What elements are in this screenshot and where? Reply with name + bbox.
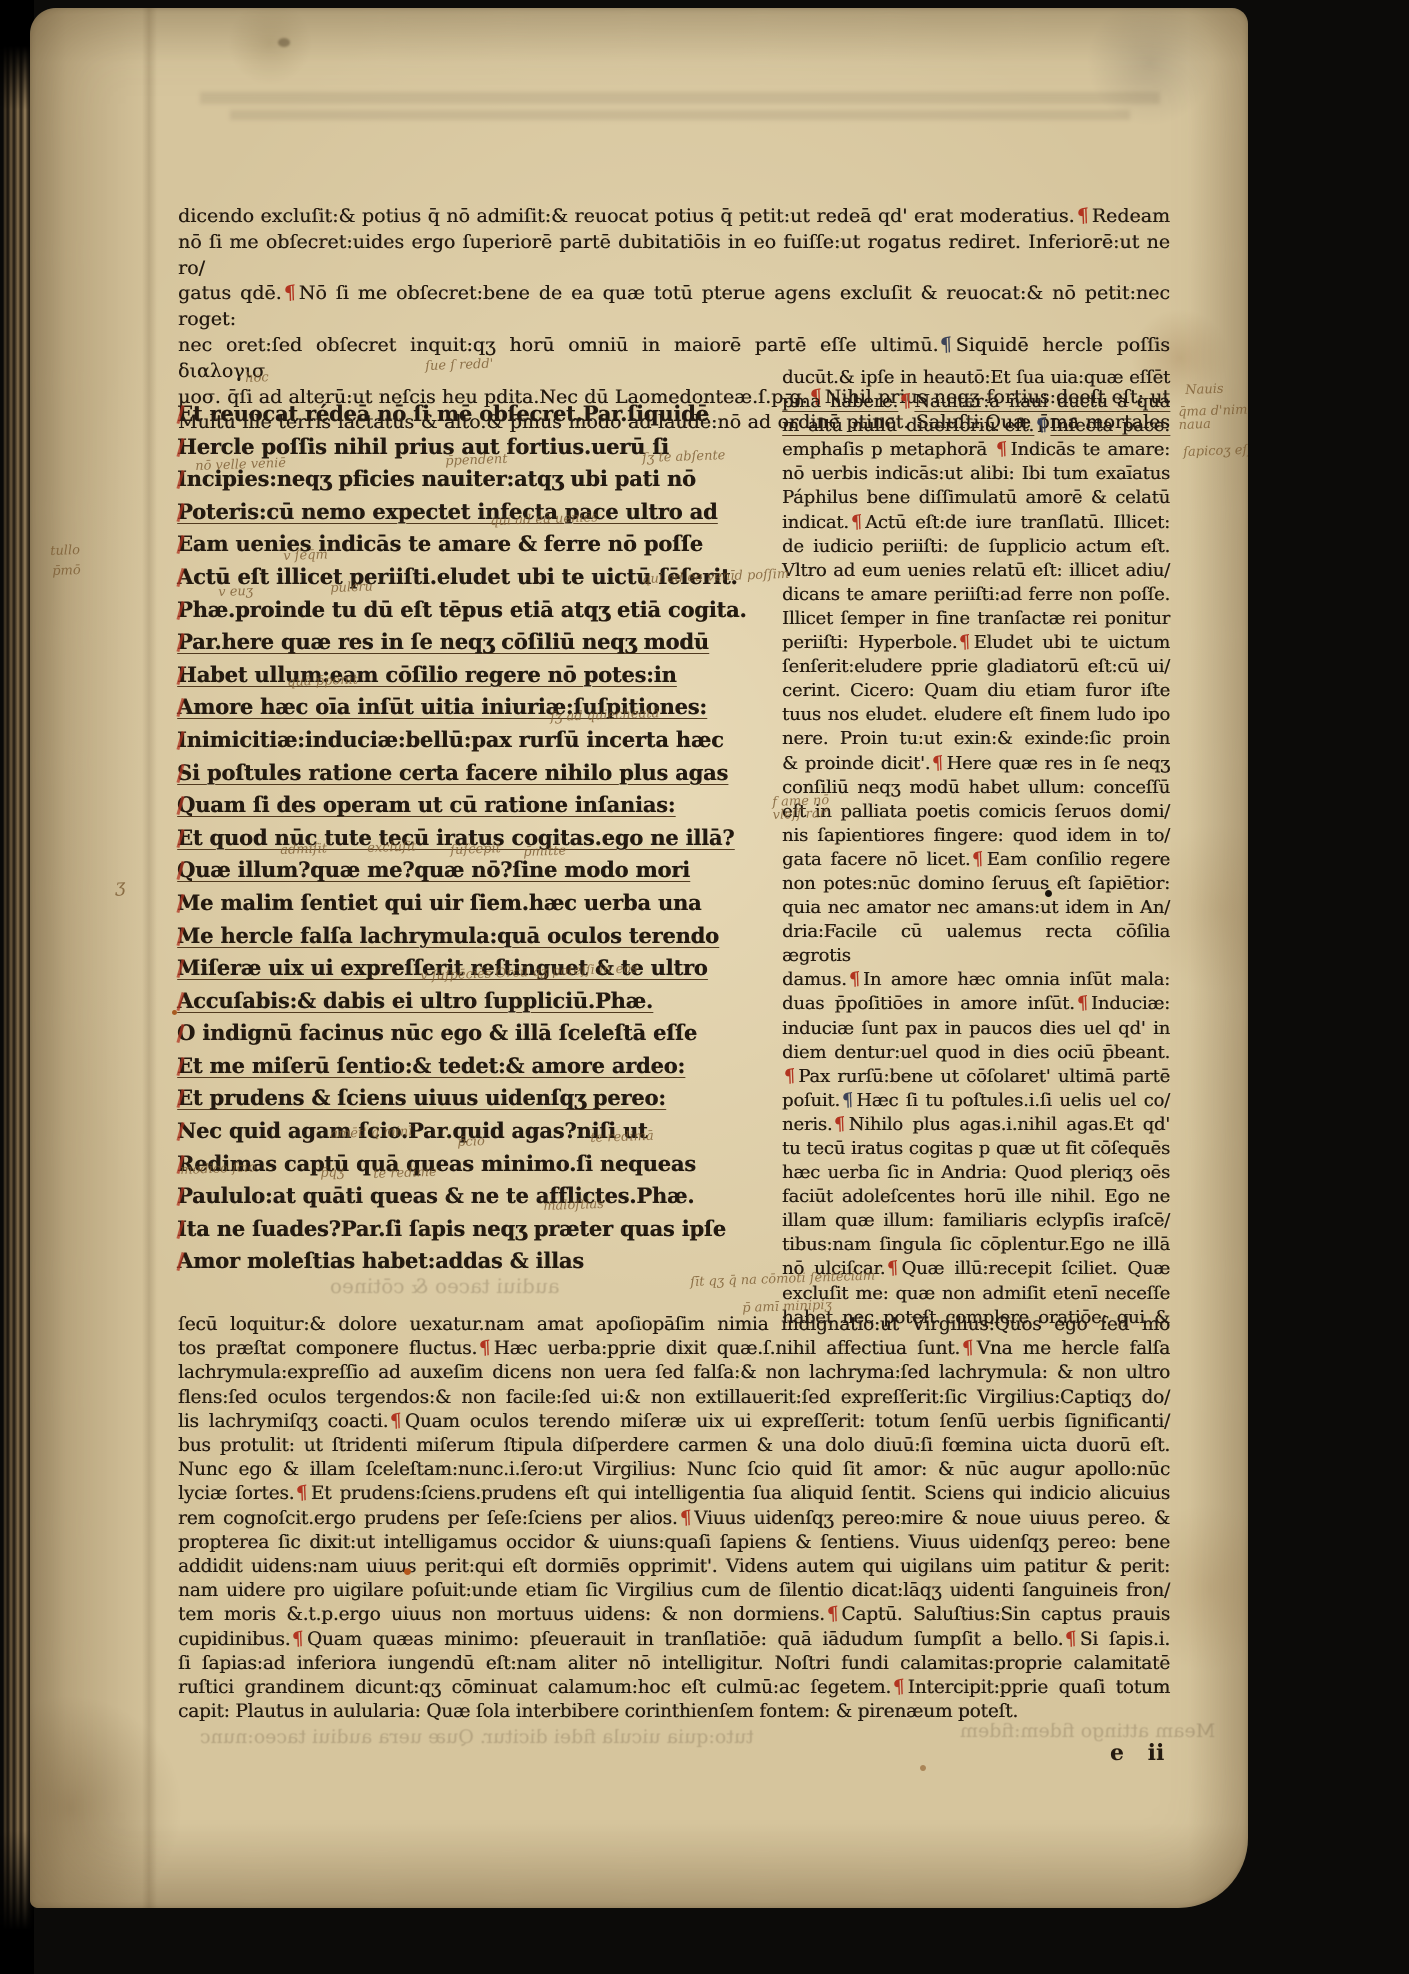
text-line: Me malim ſentiet qui uir ſiem.hæc uerba …: [177, 887, 793, 920]
handwritten-gloss: maloſtias: [543, 1198, 604, 1213]
showthrough-text: audiui taceo & cōtineo: [330, 1274, 560, 1298]
commentary-side-block: ducūt.& ipſe in heautō:Et ſua uia:quæ eſ…: [782, 366, 1170, 1330]
text-line: Vltro ad eum uenies relatū eſt: illicet …: [782, 559, 1170, 583]
text-line: induciæ ſunt pax in paucos dies uel qd' …: [782, 1017, 1170, 1041]
handwritten-gloss: f ame nō vleſſ rar': [772, 793, 845, 821]
text-line: O indignū facinus nūc ego & illā ſceleſt…: [177, 1017, 793, 1050]
paragraph-mark: ¶: [479, 1336, 491, 1362]
text-line: gatus qdē.¶Nō ſi me obſecret:bene de ea …: [178, 281, 1170, 333]
text-line: diem dentur:uel quod in dies ociū p̄bean…: [782, 1041, 1170, 1065]
text-line: lyciæ ſortes.¶Et prudens:ſciens.prudens …: [178, 1482, 1170, 1506]
text-line: ſi ſapias:ad inferiora iungendū eſt:nam …: [178, 1652, 1170, 1676]
handwritten-gloss: ſapicoʒ eſſe: [1183, 443, 1248, 459]
paragraph-mark: ¶: [850, 509, 862, 535]
showthrough-bar: [230, 110, 1130, 120]
paragraph-mark: ¶: [1076, 991, 1088, 1017]
paragraph-mark: ¶: [959, 630, 971, 656]
paragraph-mark: ¶: [283, 280, 296, 308]
text-line: periiſti: Hyperbole.¶Eludet ubi te uictu…: [782, 631, 1170, 655]
text-line: tuus nos eludet. eludere eſt finem ludo …: [782, 703, 1170, 727]
text-line: illam quæ illum: familiaris eclypſis ira…: [782, 1209, 1170, 1233]
paragraph-mark: ¶: [940, 332, 953, 360]
paragraph-mark: ¶: [893, 1675, 905, 1701]
showthrough-bar: [200, 92, 1160, 104]
text-line: cupidinibus.¶Quam quæas minimo: pſeuerau…: [178, 1628, 1170, 1652]
text-line: p̄ma habere.¶Nauiter:a naui ductū a qua: [782, 390, 1170, 414]
paragraph-mark: ¶: [292, 1627, 304, 1653]
paragraph-mark: ¶: [996, 437, 1008, 463]
text-line: quia nec amator nec amans:ut idem in An/: [782, 896, 1170, 920]
paragraph-mark: ¶: [826, 1602, 838, 1628]
handwritten-gloss: ſʒ te abſente: [642, 449, 726, 465]
handwritten-gloss: amēt' q̄ minī: [330, 1125, 413, 1141]
text-line: Habet ullum:eam cōſilio regere nō potes:…: [177, 659, 793, 692]
handwritten-gloss: qui ad eā ueniēs: [490, 511, 598, 528]
text-line: gata facere nō licet.¶Eam conſilio reger…: [782, 848, 1170, 872]
handwritten-gloss: te redime: [373, 1166, 437, 1181]
text-line: Illicet ſemper in fine tranſactæ rei pon…: [782, 607, 1170, 631]
handwritten-gloss: hoc: [245, 371, 269, 385]
handwritten-gloss: ſuſcepit: [450, 842, 501, 857]
handwritten-gloss: modico ſcio: [180, 1161, 256, 1177]
text-line: Si poſtules ratione certa facere nihilo …: [177, 757, 793, 790]
text-line: Paululo:at quāti queas & ne te afflictes…: [177, 1180, 793, 1213]
text-line: flens:ſed oculos tergendos:& non facile:…: [178, 1386, 1170, 1410]
handwritten-gloss: nō velle veniē: [195, 457, 286, 473]
ink-speck: [404, 1568, 411, 1575]
text-line: non potes:nūc domino ſeruus eſt ſapiētio…: [782, 872, 1170, 896]
text-line: nis ſapientiores fingere: quod idem in t…: [782, 824, 1170, 848]
text-line: Amore hæc oīa inſūt uitia iniuriæ:ſuſpit…: [177, 691, 793, 724]
handwritten-gloss: quā p̄ponit: [287, 674, 358, 689]
text-line: duas p̄poſitiōes in amore inſūt.¶Induciæ…: [782, 992, 1170, 1016]
handwritten-gloss: p̄mō: [52, 564, 81, 578]
text-line: Et me miſerū ſentio:& tedet:& amore arde…: [177, 1050, 793, 1083]
text-line: bus protulit: ut ſtridenti miſerum ſtipu…: [178, 1434, 1170, 1458]
paragraph-mark: ¶: [1076, 203, 1089, 231]
handwritten-gloss: p̄pendent: [445, 453, 508, 468]
text-line: lachrymula:expreſſio ad auxeſim dicens n…: [178, 1361, 1170, 1385]
paragraph-mark: ¶: [900, 389, 912, 415]
paragraph-mark: ¶: [1036, 413, 1048, 439]
text-line: ¶Pax rurſū:bene ut cōſolaret' ultimā par…: [782, 1065, 1170, 1089]
text-line: tos præſtat componere fluctus.¶Hæc uerba…: [178, 1337, 1170, 1361]
text-line: ducūt.& ipſe in heautō:Et ſua uia:quæ eſ…: [782, 366, 1170, 390]
showthrough-text: tuto:quia uicula fidei dicitur. Quæ uera…: [200, 1726, 754, 1748]
paragraph-mark: ¶: [834, 1112, 846, 1138]
photo-of-incunable-page: { "colors":{"paper":"#d6c59d","ink":"#24…: [0, 0, 1409, 1974]
paragraph-mark: ¶: [848, 967, 860, 993]
text-line: Et prudens & ſciens uiuus uidenſqʒ pereo…: [177, 1082, 793, 1115]
text-line: nere. Proin tu:ut exin:& exinde:ſic proi…: [782, 727, 1170, 751]
text-line: Phæ.proinde tu dū eſt tēpus etiā atqʒ et…: [177, 594, 793, 627]
text-line: nō ſi me obſecret:uides ergo ſuperiorē p…: [178, 230, 1170, 282]
paragraph-mark: ¶: [972, 847, 984, 873]
handwritten-gloss: ʒ: [115, 880, 126, 893]
text-line: Inimicitiæ:induciæ:bellū:pax rurſū incer…: [177, 724, 793, 757]
paragraph-mark: ¶: [962, 1336, 974, 1362]
handwritten-gloss: pulcru: [330, 581, 373, 595]
commentary-bottom-block: ſecū loquitur:& dolore uexatur.nam amat …: [178, 1313, 1170, 1724]
text-line: Ita ne ſuades?Par.ſi ſapis neqʒ præter q…: [177, 1213, 793, 1246]
text-line: tu tecū iratus cogitas p quæ ut fit cōſe…: [782, 1137, 1170, 1161]
text-line: Nunc ego & illam ſceleſtam:nunc.i.ſero:u…: [178, 1458, 1170, 1482]
text-line: lis lachrymiſqʒ coacti.¶Quam oculos tere…: [178, 1410, 1170, 1434]
book-page: dicendo excluſit:& potius q̄ nō admiſit:…: [30, 8, 1248, 1908]
handwritten-gloss: p̄mitte: [523, 845, 566, 859]
text-line: Accuſabis:& dabis ei ultro ſuppliciū.Phæ…: [177, 985, 793, 1018]
handwritten-gloss: q̄ma d'nimi oʒ naua: [1178, 403, 1248, 432]
text-line: ſecū loquitur:& dolore uexatur.nam amat …: [178, 1313, 1170, 1337]
text-line: Me hercle falſa lachrymula:quā oculos te…: [177, 920, 793, 953]
text-line: Quæ illum?quæ me?quæ nō?ſine modo mori: [177, 854, 793, 887]
stain: [278, 38, 290, 47]
text-line: ſenſerit:eludere pprie gladiatorū eſt:cū…: [782, 655, 1170, 679]
paragraph-mark: ¶: [679, 1506, 691, 1532]
text-line: nō uerbis indicās:ut alibi: Ibi tum exaī…: [782, 462, 1170, 486]
text-line: excluſit me: quæ non admiſit etenī neceſ…: [782, 1282, 1170, 1306]
handwritten-gloss: ſue ſ redd': [425, 358, 494, 373]
text-line: hæc uerba ſic in Andria: Quod pleriqʒ oē…: [782, 1161, 1170, 1185]
text-line: indicat.¶Actū eſt:de iure tranſlatū. Ill…: [782, 511, 1170, 535]
text-line: nam uidere pro uigilare poſuit:unde etia…: [178, 1579, 1170, 1603]
text-line: cerint. Cicero: Quam diu etiam furor iſt…: [782, 679, 1170, 703]
text-line: Quam ſi des operam ut cū ratione inſania…: [177, 789, 793, 822]
text-line: dicans te amare periiſti:ad ferre non po…: [782, 583, 1170, 607]
text-line: Redimas captū quā queas minimo.ſi nequea…: [177, 1148, 793, 1181]
handwritten-gloss: admiſit: [280, 842, 327, 857]
handwritten-gloss: tullo: [50, 544, 80, 558]
text-line: faciūt adoleſcentes horū ille nihil. Ego…: [782, 1185, 1170, 1209]
paragraph-mark: ¶: [842, 1088, 854, 1114]
handwritten-gloss: te redimā: [590, 1130, 654, 1145]
paragraph-mark: ¶: [1065, 1627, 1077, 1653]
handwritten-gloss: p̄cio: [457, 1135, 485, 1149]
text-line: Et reuocat rédeā nō ſi mē obſecret.Par.ſ…: [177, 398, 793, 431]
text-line: & proinde dicit'.¶Here quæ res in ſe neq…: [782, 752, 1170, 776]
paragraph-mark: ¶: [296, 1481, 308, 1507]
text-line: dicendo excluſit:& potius q̄ nō admiſit:…: [178, 204, 1170, 230]
handwritten-gloss: p̄ amī minipiʒ: [742, 1299, 832, 1315]
ink-blot: [1045, 890, 1052, 897]
text-line: Par.here quæ res in ſe neqʒ cōſiliū neqʒ…: [177, 626, 793, 659]
book-fore-edges: [0, 0, 34, 1974]
quire-signature: e ii: [1110, 1740, 1164, 1766]
text-line: dria:Facile cū ualemus recta cōſilia ægr…: [782, 920, 1170, 968]
paragraph-mark: ¶: [784, 1064, 796, 1090]
text-line: emphaſis p metaphorā ¶Indicās te amare:: [782, 438, 1170, 462]
text-line: propterea ſic dixit:ut intelligamus occi…: [178, 1531, 1170, 1555]
ink-speck: [172, 1010, 177, 1015]
handwritten-gloss: v ſeq̄m: [283, 548, 328, 563]
text-line: Poteris:cū nemo expectet infecta pace ul…: [177, 496, 793, 529]
text-line: neris.¶Nihilo plus agas.i.nihil agas.Et …: [782, 1113, 1170, 1137]
text-line: damus.¶In amore hæc omnia inſūt mala:: [782, 968, 1170, 992]
paragraph-mark: ¶: [390, 1409, 402, 1435]
text-line: rem cognoſcit.ergo prudens per ſeſe:ſcie…: [178, 1507, 1170, 1531]
paragraph-mark: ¶: [887, 1256, 899, 1282]
handwritten-gloss: p̄qʒ: [320, 1166, 344, 1180]
handwritten-gloss: Nauis: [1185, 383, 1224, 397]
showthrough-text: Meam attingo fidem:fidem: [960, 1720, 1215, 1742]
paragraph-mark: ¶: [932, 750, 944, 776]
handwritten-gloss: ſʒ ad quiecheatā: [550, 707, 659, 724]
handwritten-gloss: v euʒ: [218, 585, 253, 599]
text-line: poſuit.¶Hæc ſi tu poſtules.i.ſi uelis ue…: [782, 1089, 1170, 1113]
text-line: tibus:nam ſingula ſic cōplentur.Ego ne i…: [782, 1233, 1170, 1257]
text-line: addidit uidens:nam uiuus perit:qui eſt d…: [178, 1555, 1170, 1579]
text-line: tem moris &.t.p.ergo uiuus non mortuus u…: [178, 1603, 1170, 1627]
text-line: Páphilus bene diſſimulatū amorē & celatū: [782, 486, 1170, 510]
ink-speck: [920, 1765, 926, 1771]
text-line: ruſtici grandinem dicunt:qʒ cōminuat cal…: [178, 1676, 1170, 1700]
text-line: in altū nullū diuerſoriū eſt.¶Infecta pa…: [782, 414, 1170, 438]
handwritten-gloss: excluſit: [367, 840, 416, 855]
text-line: de iudicio periiſti: de ſupplicio actum …: [782, 535, 1170, 559]
text-line: Eam uenies indicās te amare & ferre nō p…: [177, 528, 793, 561]
